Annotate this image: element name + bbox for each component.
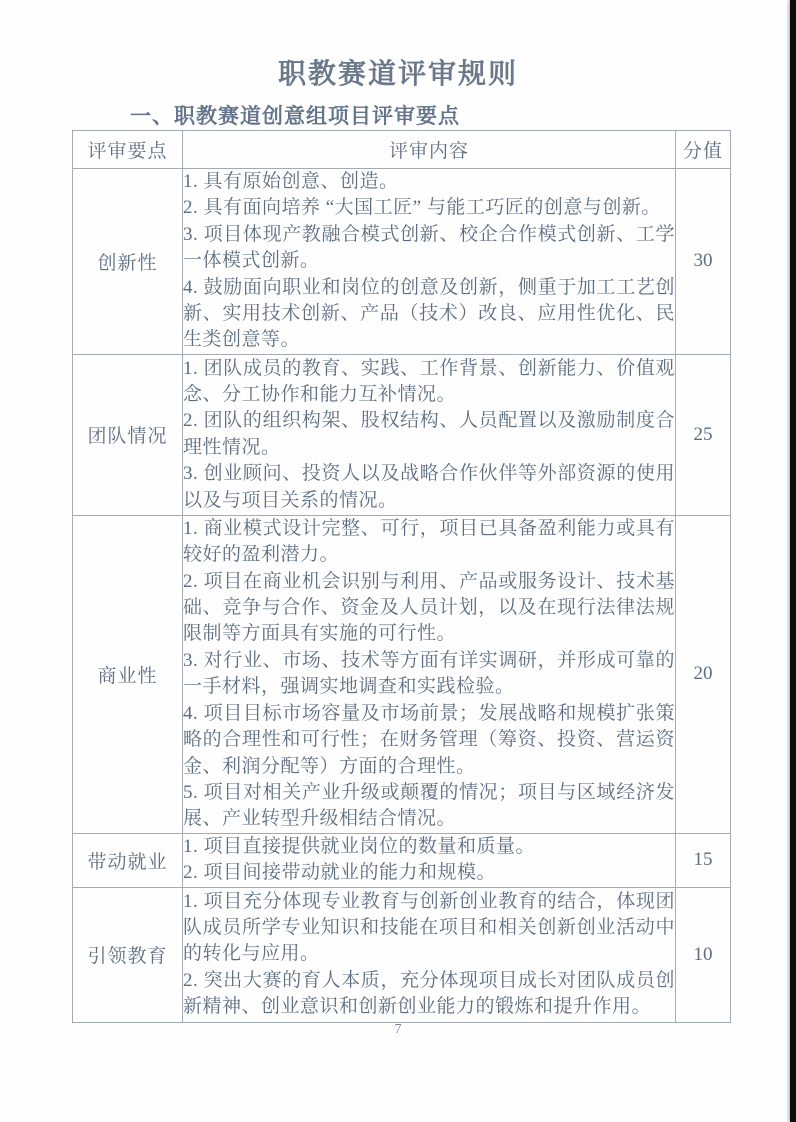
content-item: 2. 突出大赛的育人本质，充分体现项目成长对团队成员创新精神、创业意识和创新创业… [183, 968, 675, 1021]
criterion-cell: 创新性 [73, 169, 183, 355]
score-cell: 25 [676, 354, 731, 515]
document-page: 职教赛道评审规则 一、职教赛道创意组项目评审要点 评审要点 评审内容 分值 创新… [0, 0, 796, 1122]
table-row: 商业性 1. 商业模式设计完整、可行，项目已具备盈利能力或具有较好的盈利潜力。2… [73, 515, 731, 833]
document-title: 职教赛道评审规则 [0, 52, 796, 92]
scan-edge-artifact [790, 0, 796, 1122]
criterion-cell: 团队情况 [73, 354, 183, 515]
table-row: 引领教育 1. 项目充分体现专业教育与创新创业教育的结合，体现团队成员所学专业知… [73, 887, 731, 1022]
content-item: 3. 对行业、市场、技术等方面有详实调研，并形成可靠的一手材料，强调实地调查和实… [183, 648, 675, 701]
content-cell: 1. 团队成员的教育、实践、工作背景、创新能力、价值观念、分工协作和能力互补情况… [183, 354, 676, 515]
table-row: 带动就业 1. 项目直接提供就业岗位的数量和质量。2. 项目间接带动就业的能力和… [73, 833, 731, 887]
content-item: 1. 商业模式设计完整、可行，项目已具备盈利能力或具有较好的盈利潜力。 [183, 516, 675, 569]
col-header-content: 评审内容 [183, 131, 676, 169]
table-row: 团队情况 1. 团队成员的教育、实践、工作背景、创新能力、价值观念、分工协作和能… [73, 354, 731, 515]
score-cell: 15 [676, 833, 731, 887]
page-number: 7 [0, 1022, 796, 1038]
content-item: 2. 团队的组织构架、股权结构、人员配置以及激励制度合理性情况。 [183, 408, 675, 461]
content-item: 1. 项目直接提供就业岗位的数量和质量。 [183, 834, 675, 860]
content-item: 1. 具有原始创意、创造。 [183, 169, 675, 195]
score-cell: 10 [676, 887, 731, 1022]
content-item: 3. 项目体现产教融合模式创新、校企合作模式创新、工学一体模式创新。 [183, 222, 675, 275]
criterion-cell: 带动就业 [73, 833, 183, 887]
content-item: 4. 鼓励面向职业和岗位的创意及创新，侧重于加工工艺创新、实用技术创新、产品（技… [183, 275, 675, 354]
score-cell: 30 [676, 169, 731, 355]
content-cell: 1. 具有原始创意、创造。2. 具有面向培养 “大国工匠” 与能工巧匠的创意与创… [183, 169, 676, 355]
content-item: 2. 项目间接带动就业的能力和规模。 [183, 860, 675, 886]
content-cell: 1. 项目充分体现专业教育与创新创业教育的结合，体现团队成员所学专业知识和技能在… [183, 887, 676, 1022]
content-item: 2. 具有面向培养 “大国工匠” 与能工巧匠的创意与创新。 [183, 195, 675, 221]
table-header-row: 评审要点 评审内容 分值 [73, 131, 731, 169]
review-table: 评审要点 评审内容 分值 创新性 1. 具有原始创意、创造。2. 具有面向培养 … [72, 130, 731, 1023]
content-item: 1. 项目充分体现专业教育与创新创业教育的结合，体现团队成员所学专业知识和技能在… [183, 889, 675, 968]
content-cell: 1. 商业模式设计完整、可行，项目已具备盈利能力或具有较好的盈利潜力。2. 项目… [183, 515, 676, 833]
content-item: 5. 项目对相关产业升级或颠覆的情况；项目与区域经济发展、产业转型升级相结合情况… [183, 780, 675, 833]
content-item: 1. 团队成员的教育、实践、工作背景、创新能力、价值观念、分工协作和能力互补情况… [183, 356, 675, 409]
content-item: 3. 创业顾问、投资人以及战略合作伙伴等外部资源的使用以及与项目关系的情况。 [183, 461, 675, 514]
section-heading: 一、职教赛道创意组项目评审要点 [130, 100, 460, 130]
table-row: 创新性 1. 具有原始创意、创造。2. 具有面向培养 “大国工匠” 与能工巧匠的… [73, 169, 731, 355]
score-cell: 20 [676, 515, 731, 833]
criterion-cell: 商业性 [73, 515, 183, 833]
content-item: 4. 项目目标市场容量及市场前景；发展战略和规模扩张策略的合理性和可行性；在财务… [183, 701, 675, 780]
col-header-criterion: 评审要点 [73, 131, 183, 169]
content-cell: 1. 项目直接提供就业岗位的数量和质量。2. 项目间接带动就业的能力和规模。 [183, 833, 676, 887]
content-item: 2. 项目在商业机会识别与利用、产品或服务设计、技术基础、竞争与合作、资金及人员… [183, 569, 675, 648]
col-header-score: 分值 [676, 131, 731, 169]
criterion-cell: 引领教育 [73, 887, 183, 1022]
